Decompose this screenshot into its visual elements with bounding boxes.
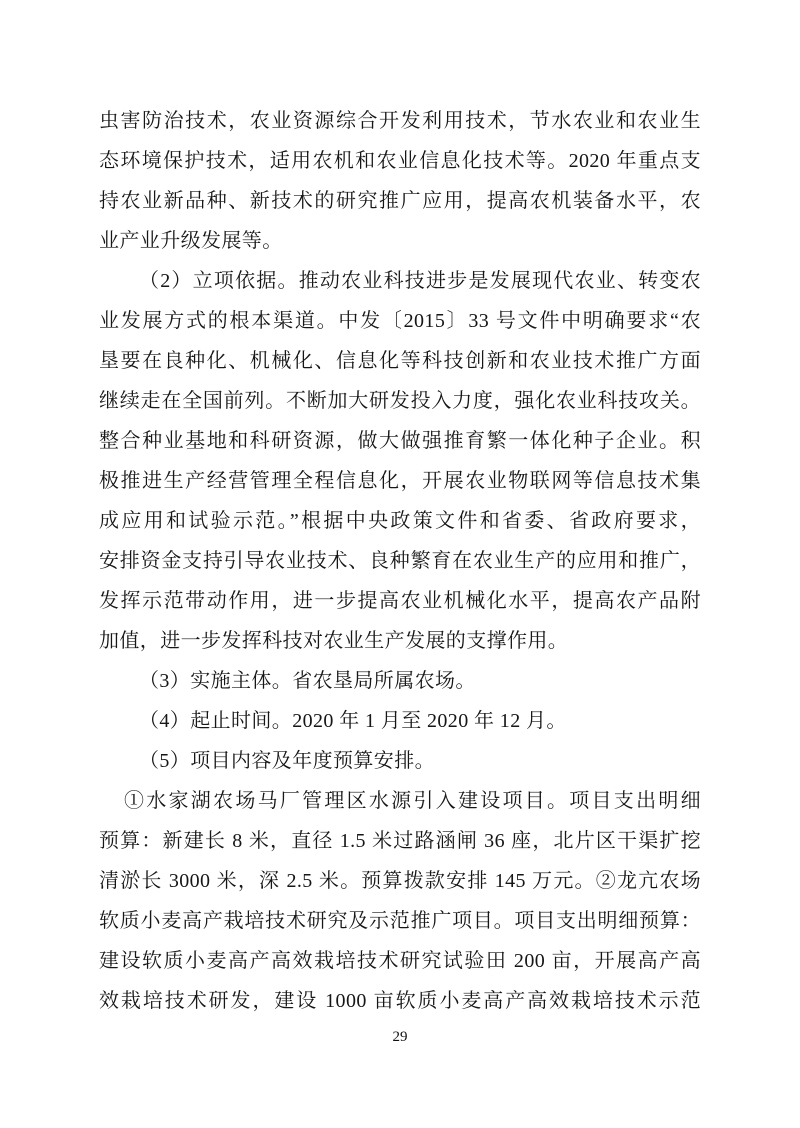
text-line: 成应用和试验示范。”根据中央政策文件和省委、省政府要求， [99,501,701,541]
page-number: 29 [0,1027,800,1047]
text-line: 预算：新建长 8 米，直径 1.5 米过路涵闸 36 座，北片区干渠扩挖 [99,821,701,861]
text-line: （2）立项依据。推动农业科技进步是发展现代农业、转变农 [99,261,701,301]
body-text: 虫害防治技术，农业资源综合开发利用技术，节水农业和农业生 态环境保护技术，适用农… [99,101,701,1021]
text-line: 软质小麦高产栽培技术研究及示范推广项目。项目支出明细预算： [99,901,701,941]
text-line: 垦要在良种化、机械化、信息化等科技创新和农业技术推广方面 [99,341,701,381]
text-line: （5）项目内容及年度预算安排。 [99,741,701,781]
text-line: 发挥示范带动作用，进一步提高农业机械化水平，提高农产品附 [99,581,701,621]
text-line: （3）实施主体。省农垦局所属农场。 [99,661,701,701]
text-line: 整合种业基地和科研资源，做大做强推育繁一体化种子企业。积 [99,421,701,461]
text-line: 继续走在全国前列。不断加大研发投入力度，强化农业科技攻关。 [99,381,701,421]
text-line: 极推进生产经营管理全程信息化，开展农业物联网等信息技术集 [99,461,701,501]
text-line: 安排资金支持引导农业技术、良种繁育在农业生产的应用和推广， [99,541,701,581]
text-line: 业发展方式的根本渠道。中发〔2015〕33 号文件中明确要求“农 [99,301,701,341]
text-line: 建设软质小麦高产高效栽培技术研究试验田 200 亩，开展高产高 [99,941,701,981]
text-line: 效栽培技术研发，建设 1000 亩软质小麦高产高效栽培技术示范 [99,981,701,1021]
text-line: ①水家湖农场马厂管理区水源引入建设项目。项目支出明细 [99,781,701,821]
document-page: 虫害防治技术，农业资源综合开发利用技术，节水农业和农业生 态环境保护技术，适用农… [0,0,800,1128]
text-line: 虫害防治技术，农业资源综合开发利用技术，节水农业和农业生 [99,101,701,141]
text-line: 清淤长 3000 米，深 2.5 米。预算拨款安排 145 万元。②龙亢农场 [99,861,701,901]
text-line: 持农业新品种、新技术的研究推广应用，提高农机装备水平，农 [99,181,701,221]
text-line: 态环境保护技术，适用农机和农业信息化技术等。2020 年重点支 [99,141,701,181]
text-line: （4）起止时间。2020 年 1 月至 2020 年 12 月。 [99,701,701,741]
text-line: 业产业升级发展等。 [99,221,701,261]
text-line: 加值，进一步发挥科技对农业生产发展的支撑作用。 [99,621,701,661]
